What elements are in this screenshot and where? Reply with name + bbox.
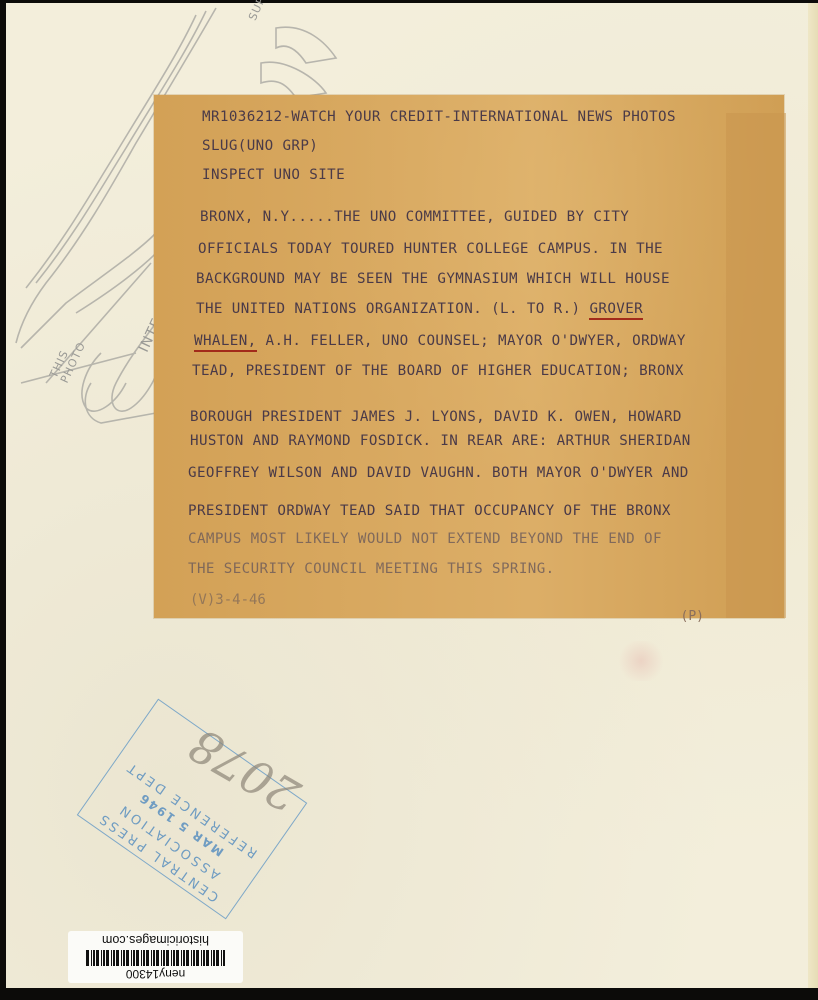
caption-line-body-3: BACKGROUND MAY BE SEEN THE GYMNASIUM WHI… <box>196 271 670 287</box>
caption-line-body-10: PRESIDENT ORDWAY TEAD SAID THAT OCCUPANC… <box>188 503 671 519</box>
caption-date-code: (V)3-4-46 <box>190 592 266 608</box>
underlined-name-whalen: WHALEN, <box>194 333 257 352</box>
barcode-label: neny14300 historicimages.com <box>68 931 243 983</box>
caption-text: THE UNITED NATIONS ORGANIZATION. (L. TO … <box>196 301 589 317</box>
caption-line-body-7: BOROUGH PRESIDENT JAMES J. LYONS, DAVID … <box>190 409 682 425</box>
caption-line-body-1: BRONX, N.Y.....THE UNO COMMITTEE, GUIDED… <box>200 209 629 225</box>
caption-line-body-9: GEOFFREY WILSON AND DAVID VAUGHN. BOTH M… <box>188 465 689 481</box>
caption-line-body-8: HUSTON AND RAYMOND FOSDICK. IN REAR ARE:… <box>190 433 691 449</box>
ink-stain <box>616 641 666 681</box>
caption-line-body-2: OFFICIALS TODAY TOURED HUNTER COLLEGE CA… <box>198 241 663 257</box>
caption-label: MR1036212-WATCH YOUR CREDIT-INTERNATIONA… <box>154 95 784 618</box>
caption-line-body-5: WHALEN, A.H. FELLER, UNO COUNSEL; MAYOR … <box>194 333 686 349</box>
caption-line-headline: INSPECT UNO SITE <box>202 167 345 183</box>
sheet-edge <box>808 3 818 988</box>
caption-line-body-12: THE SECURITY COUNCIL MEETING THIS SPRING… <box>188 561 555 577</box>
barcode-icon <box>85 950 225 966</box>
caption-text: A.H. FELLER, UNO COUNSEL; MAYOR O'DWYER,… <box>257 333 686 349</box>
barcode-id: neny14300 <box>68 967 243 981</box>
underlined-name-grover: GROVER <box>589 301 643 320</box>
caption-line-body-6: TEAD, PRESIDENT OF THE BOARD OF HIGHER E… <box>192 363 684 379</box>
photo-back-sheet: SUPPLIED BY THIS PHOTO INTE... MR1036212… <box>6 3 818 988</box>
caption-fold-strip <box>726 113 786 618</box>
caption-line-slug: SLUG(UNO GRP) <box>202 138 318 154</box>
caption-line-body-11: CAMPUS MOST LIKELY WOULD NOT EXTEND BEYO… <box>188 531 662 547</box>
caption-line-body-4: THE UNITED NATIONS ORGANIZATION. (L. TO … <box>196 301 643 317</box>
caption-corner-mark: (P) <box>681 609 704 624</box>
caption-line-credit: MR1036212-WATCH YOUR CREDIT-INTERNATIONA… <box>202 109 676 125</box>
barcode-site: historicimages.com <box>68 933 243 947</box>
